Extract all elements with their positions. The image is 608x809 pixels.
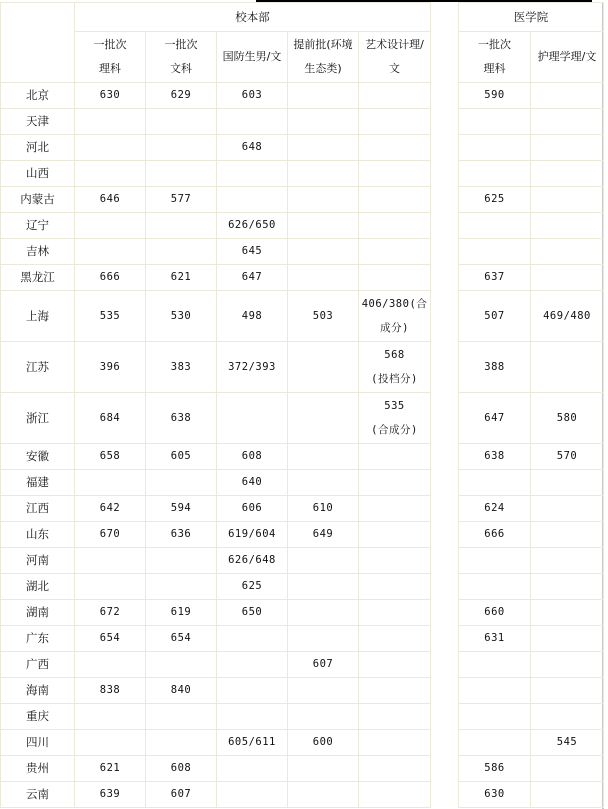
score-defense (217, 393, 288, 444)
score-main-science: 666 (75, 265, 146, 291)
score-main-arts: 607 (146, 782, 217, 808)
score-medical-science (459, 548, 531, 574)
score-main-arts: 619 (146, 600, 217, 626)
score-defense: 603 (217, 83, 288, 109)
score-main-science (75, 135, 146, 161)
score-main-arts: 605 (146, 444, 217, 470)
column-gap (431, 135, 459, 161)
score-art-design (359, 782, 431, 808)
score-art-design: 535(合成分) (359, 393, 431, 444)
score-defense: 606 (217, 496, 288, 522)
score-main-arts (146, 161, 217, 187)
score-medical-science: 586 (459, 756, 531, 782)
column-gap (431, 574, 459, 600)
province-cell: 安徽 (1, 444, 75, 470)
table-row: 辽宁626/650 (1, 213, 604, 239)
score-art-design (359, 187, 431, 213)
score-main-arts: 608 (146, 756, 217, 782)
column-gap (431, 239, 459, 265)
col-header-nursing: 护理学理/文 (531, 32, 604, 83)
table-row: 内蒙古646577625 (1, 187, 604, 213)
score-early-batch: 610 (288, 496, 359, 522)
score-main-science: 838 (75, 678, 146, 704)
score-defense: 640 (217, 470, 288, 496)
score-early-batch (288, 470, 359, 496)
table-row: 重庆 (1, 704, 604, 730)
header-row-columns: 一批次理科 一批次文科 国防生男/文 提前批(环境生态类) 艺术设计理/文 一批… (1, 32, 604, 83)
score-main-science (75, 213, 146, 239)
score-medical-science: 630 (459, 782, 531, 808)
table-row: 湖北625 (1, 574, 604, 600)
score-art-design (359, 496, 431, 522)
province-cell: 四川 (1, 730, 75, 756)
score-early-batch (288, 342, 359, 393)
column-gap (431, 522, 459, 548)
score-nursing (531, 109, 604, 135)
group-header-medical: 医学院 (459, 3, 604, 32)
score-nursing (531, 704, 604, 730)
score-main-science: 654 (75, 626, 146, 652)
column-gap (431, 265, 459, 291)
score-art-design (359, 548, 431, 574)
score-early-batch (288, 548, 359, 574)
score-early-batch (288, 782, 359, 808)
score-early-batch (288, 756, 359, 782)
score-medical-science (459, 652, 531, 678)
score-main-arts: 621 (146, 265, 217, 291)
score-medical-science (459, 704, 531, 730)
table-row: 吉林645 (1, 239, 604, 265)
score-art-design (359, 756, 431, 782)
score-medical-science (459, 161, 531, 187)
table-row: 山东670636619/604649666 (1, 522, 604, 548)
score-nursing (531, 600, 604, 626)
score-medical-science: 625 (459, 187, 531, 213)
score-main-arts (146, 470, 217, 496)
score-early-batch (288, 213, 359, 239)
col-header-medical-science: 一批次理科 (459, 32, 531, 83)
score-main-arts (146, 239, 217, 265)
column-gap (431, 652, 459, 678)
province-cell: 重庆 (1, 704, 75, 730)
province-cell: 河北 (1, 135, 75, 161)
score-defense (217, 626, 288, 652)
score-main-science (75, 109, 146, 135)
score-defense (217, 161, 288, 187)
score-nursing (531, 652, 604, 678)
score-early-batch (288, 239, 359, 265)
column-gap (431, 291, 459, 342)
score-defense (217, 652, 288, 678)
score-defense (217, 756, 288, 782)
score-art-design (359, 265, 431, 291)
score-art-design (359, 522, 431, 548)
score-nursing (531, 522, 604, 548)
column-gap (431, 730, 459, 756)
score-early-batch (288, 393, 359, 444)
score-medical-science: 660 (459, 600, 531, 626)
province-cell: 湖北 (1, 574, 75, 600)
table-row: 山西 (1, 161, 604, 187)
score-main-arts: 638 (146, 393, 217, 444)
score-main-science (75, 652, 146, 678)
score-nursing (531, 187, 604, 213)
province-cell: 湖南 (1, 600, 75, 626)
column-gap (431, 678, 459, 704)
score-defense: 605/611 (217, 730, 288, 756)
column-gap (431, 626, 459, 652)
score-art-design (359, 444, 431, 470)
score-main-arts: 629 (146, 83, 217, 109)
table-row: 黑龙江666621647637 (1, 265, 604, 291)
column-gap (431, 187, 459, 213)
score-early-batch (288, 109, 359, 135)
column-gap (431, 393, 459, 444)
score-art-design (359, 109, 431, 135)
score-defense: 645 (217, 239, 288, 265)
province-cell: 江苏 (1, 342, 75, 393)
score-main-arts: 383 (146, 342, 217, 393)
score-main-science: 630 (75, 83, 146, 109)
score-main-science: 621 (75, 756, 146, 782)
score-medical-science (459, 678, 531, 704)
score-medical-science: 638 (459, 444, 531, 470)
province-cell: 吉林 (1, 239, 75, 265)
score-main-science: 535 (75, 291, 146, 342)
score-defense: 619/604 (217, 522, 288, 548)
admission-score-table: 校本部 医学院 一批次理科 一批次文科 国防生男/文 提前批(环境生态类) 艺术… (0, 2, 604, 808)
score-early-batch: 600 (288, 730, 359, 756)
score-early-batch (288, 678, 359, 704)
col-header-main-science: 一批次理科 (75, 32, 146, 83)
score-art-design (359, 574, 431, 600)
score-main-arts (146, 548, 217, 574)
score-main-science (75, 239, 146, 265)
score-art-design (359, 83, 431, 109)
score-defense: 625 (217, 574, 288, 600)
province-cell: 北京 (1, 83, 75, 109)
score-art-design (359, 652, 431, 678)
score-art-design (359, 161, 431, 187)
score-art-design (359, 704, 431, 730)
column-gap (431, 470, 459, 496)
column-gap (431, 109, 459, 135)
score-main-arts (146, 213, 217, 239)
province-cell: 天津 (1, 109, 75, 135)
corner-cell (1, 3, 75, 83)
score-main-arts: 840 (146, 678, 217, 704)
table-row: 北京630629603590 (1, 83, 604, 109)
score-medical-science (459, 730, 531, 756)
score-defense: 626/650 (217, 213, 288, 239)
column-gap (431, 342, 459, 393)
score-nursing (531, 782, 604, 808)
score-nursing (531, 342, 604, 393)
score-medical-science: 590 (459, 83, 531, 109)
table-row: 安徽658605608638570 (1, 444, 604, 470)
score-defense (217, 109, 288, 135)
score-medical-science: 647 (459, 393, 531, 444)
table-row: 江苏396383372/393568(投档分)388 (1, 342, 604, 393)
score-early-batch (288, 444, 359, 470)
score-nursing (531, 678, 604, 704)
score-defense: 372/393 (217, 342, 288, 393)
score-early-batch (288, 265, 359, 291)
score-nursing (531, 239, 604, 265)
score-main-science: 642 (75, 496, 146, 522)
column-gap (431, 444, 459, 470)
score-nursing: 545 (531, 730, 604, 756)
score-main-science (75, 548, 146, 574)
table-row: 贵州621608586 (1, 756, 604, 782)
score-nursing (531, 496, 604, 522)
score-main-science: 646 (75, 187, 146, 213)
table-row: 上海535530498503406/380(合成分)507469/480 (1, 291, 604, 342)
table-row: 天津 (1, 109, 604, 135)
score-main-science (75, 470, 146, 496)
score-medical-science (459, 135, 531, 161)
score-art-design (359, 678, 431, 704)
score-early-batch (288, 626, 359, 652)
table-row: 湖南672619650660 (1, 600, 604, 626)
score-defense (217, 782, 288, 808)
score-main-arts: 654 (146, 626, 217, 652)
province-cell: 山西 (1, 161, 75, 187)
score-defense (217, 187, 288, 213)
table-row: 广西607 (1, 652, 604, 678)
score-nursing: 469/480 (531, 291, 604, 342)
score-nursing (531, 265, 604, 291)
score-main-arts: 577 (146, 187, 217, 213)
score-medical-science (459, 239, 531, 265)
col-header-early-batch: 提前批(环境生态类) (288, 32, 359, 83)
table-row: 浙江684638535(合成分)647580 (1, 393, 604, 444)
score-art-design (359, 730, 431, 756)
score-main-arts: 594 (146, 496, 217, 522)
score-early-batch (288, 83, 359, 109)
score-nursing: 580 (531, 393, 604, 444)
province-cell: 海南 (1, 678, 75, 704)
score-nursing (531, 161, 604, 187)
province-cell: 江西 (1, 496, 75, 522)
table-row: 四川605/611600545 (1, 730, 604, 756)
score-medical-science (459, 470, 531, 496)
score-art-design (359, 239, 431, 265)
score-main-arts (146, 135, 217, 161)
province-cell: 辽宁 (1, 213, 75, 239)
score-defense: 626/648 (217, 548, 288, 574)
score-main-science: 684 (75, 393, 146, 444)
province-cell: 福建 (1, 470, 75, 496)
score-art-design (359, 213, 431, 239)
province-cell: 贵州 (1, 756, 75, 782)
score-defense (217, 678, 288, 704)
score-main-science: 658 (75, 444, 146, 470)
score-nursing (531, 574, 604, 600)
column-gap (431, 83, 459, 109)
score-medical-science: 507 (459, 291, 531, 342)
table-row: 云南639607630 (1, 782, 604, 808)
score-art-design (359, 135, 431, 161)
score-medical-science: 624 (459, 496, 531, 522)
score-main-arts (146, 652, 217, 678)
score-main-science: 396 (75, 342, 146, 393)
score-medical-science: 388 (459, 342, 531, 393)
score-medical-science: 631 (459, 626, 531, 652)
table-row: 河南626/648 (1, 548, 604, 574)
score-defense: 498 (217, 291, 288, 342)
group-header-main: 校本部 (75, 3, 431, 32)
score-art-design (359, 626, 431, 652)
column-gap (431, 600, 459, 626)
province-cell: 内蒙古 (1, 187, 75, 213)
score-main-science (75, 574, 146, 600)
province-cell: 云南 (1, 782, 75, 808)
score-nursing (531, 83, 604, 109)
column-gap (431, 548, 459, 574)
score-medical-science: 637 (459, 265, 531, 291)
score-main-science: 639 (75, 782, 146, 808)
score-defense: 650 (217, 600, 288, 626)
score-main-arts: 636 (146, 522, 217, 548)
table-row: 江西642594606610624 (1, 496, 604, 522)
header-row-groups: 校本部 医学院 (1, 3, 604, 32)
score-early-batch (288, 187, 359, 213)
score-main-arts: 530 (146, 291, 217, 342)
province-cell: 上海 (1, 291, 75, 342)
col-header-main-arts: 一批次文科 (146, 32, 217, 83)
column-gap (431, 782, 459, 808)
score-medical-science (459, 109, 531, 135)
province-cell: 河南 (1, 548, 75, 574)
province-cell: 广东 (1, 626, 75, 652)
column-gap (431, 213, 459, 239)
col-header-art-design: 艺术设计理/文 (359, 32, 431, 83)
score-nursing (531, 756, 604, 782)
score-art-design: 568(投档分) (359, 342, 431, 393)
score-defense (217, 704, 288, 730)
column-gap (431, 756, 459, 782)
score-medical-science (459, 213, 531, 239)
table-row: 福建640 (1, 470, 604, 496)
score-main-science (75, 161, 146, 187)
score-medical-science: 666 (459, 522, 531, 548)
score-nursing (531, 548, 604, 574)
score-main-science (75, 730, 146, 756)
column-gap (431, 161, 459, 187)
score-main-arts (146, 109, 217, 135)
province-cell: 浙江 (1, 393, 75, 444)
column-gap (431, 496, 459, 522)
score-main-arts (146, 704, 217, 730)
score-early-batch: 607 (288, 652, 359, 678)
score-early-batch (288, 574, 359, 600)
score-defense: 648 (217, 135, 288, 161)
score-main-science (75, 704, 146, 730)
score-art-design (359, 470, 431, 496)
table-row: 河北648 (1, 135, 604, 161)
score-art-design (359, 600, 431, 626)
score-nursing (531, 470, 604, 496)
score-defense: 647 (217, 265, 288, 291)
score-main-arts (146, 574, 217, 600)
score-early-batch: 503 (288, 291, 359, 342)
col-header-defense-student: 国防生男/文 (217, 32, 288, 83)
column-gap (431, 3, 459, 83)
score-main-arts (146, 730, 217, 756)
table-body: 校本部 医学院 一批次理科 一批次文科 国防生男/文 提前批(环境生态类) 艺术… (1, 3, 604, 808)
score-medical-science (459, 574, 531, 600)
score-early-batch: 649 (288, 522, 359, 548)
score-nursing (531, 213, 604, 239)
province-cell: 广西 (1, 652, 75, 678)
column-gap (431, 704, 459, 730)
table-row: 广东654654631 (1, 626, 604, 652)
score-early-batch (288, 161, 359, 187)
score-nursing (531, 135, 604, 161)
score-nursing: 570 (531, 444, 604, 470)
score-early-batch (288, 135, 359, 161)
score-nursing (531, 626, 604, 652)
province-cell: 山东 (1, 522, 75, 548)
score-early-batch (288, 600, 359, 626)
score-early-batch (288, 704, 359, 730)
score-main-science: 670 (75, 522, 146, 548)
score-main-science: 672 (75, 600, 146, 626)
score-art-design: 406/380(合成分) (359, 291, 431, 342)
table-row: 海南838840 (1, 678, 604, 704)
score-defense: 608 (217, 444, 288, 470)
province-cell: 黑龙江 (1, 265, 75, 291)
